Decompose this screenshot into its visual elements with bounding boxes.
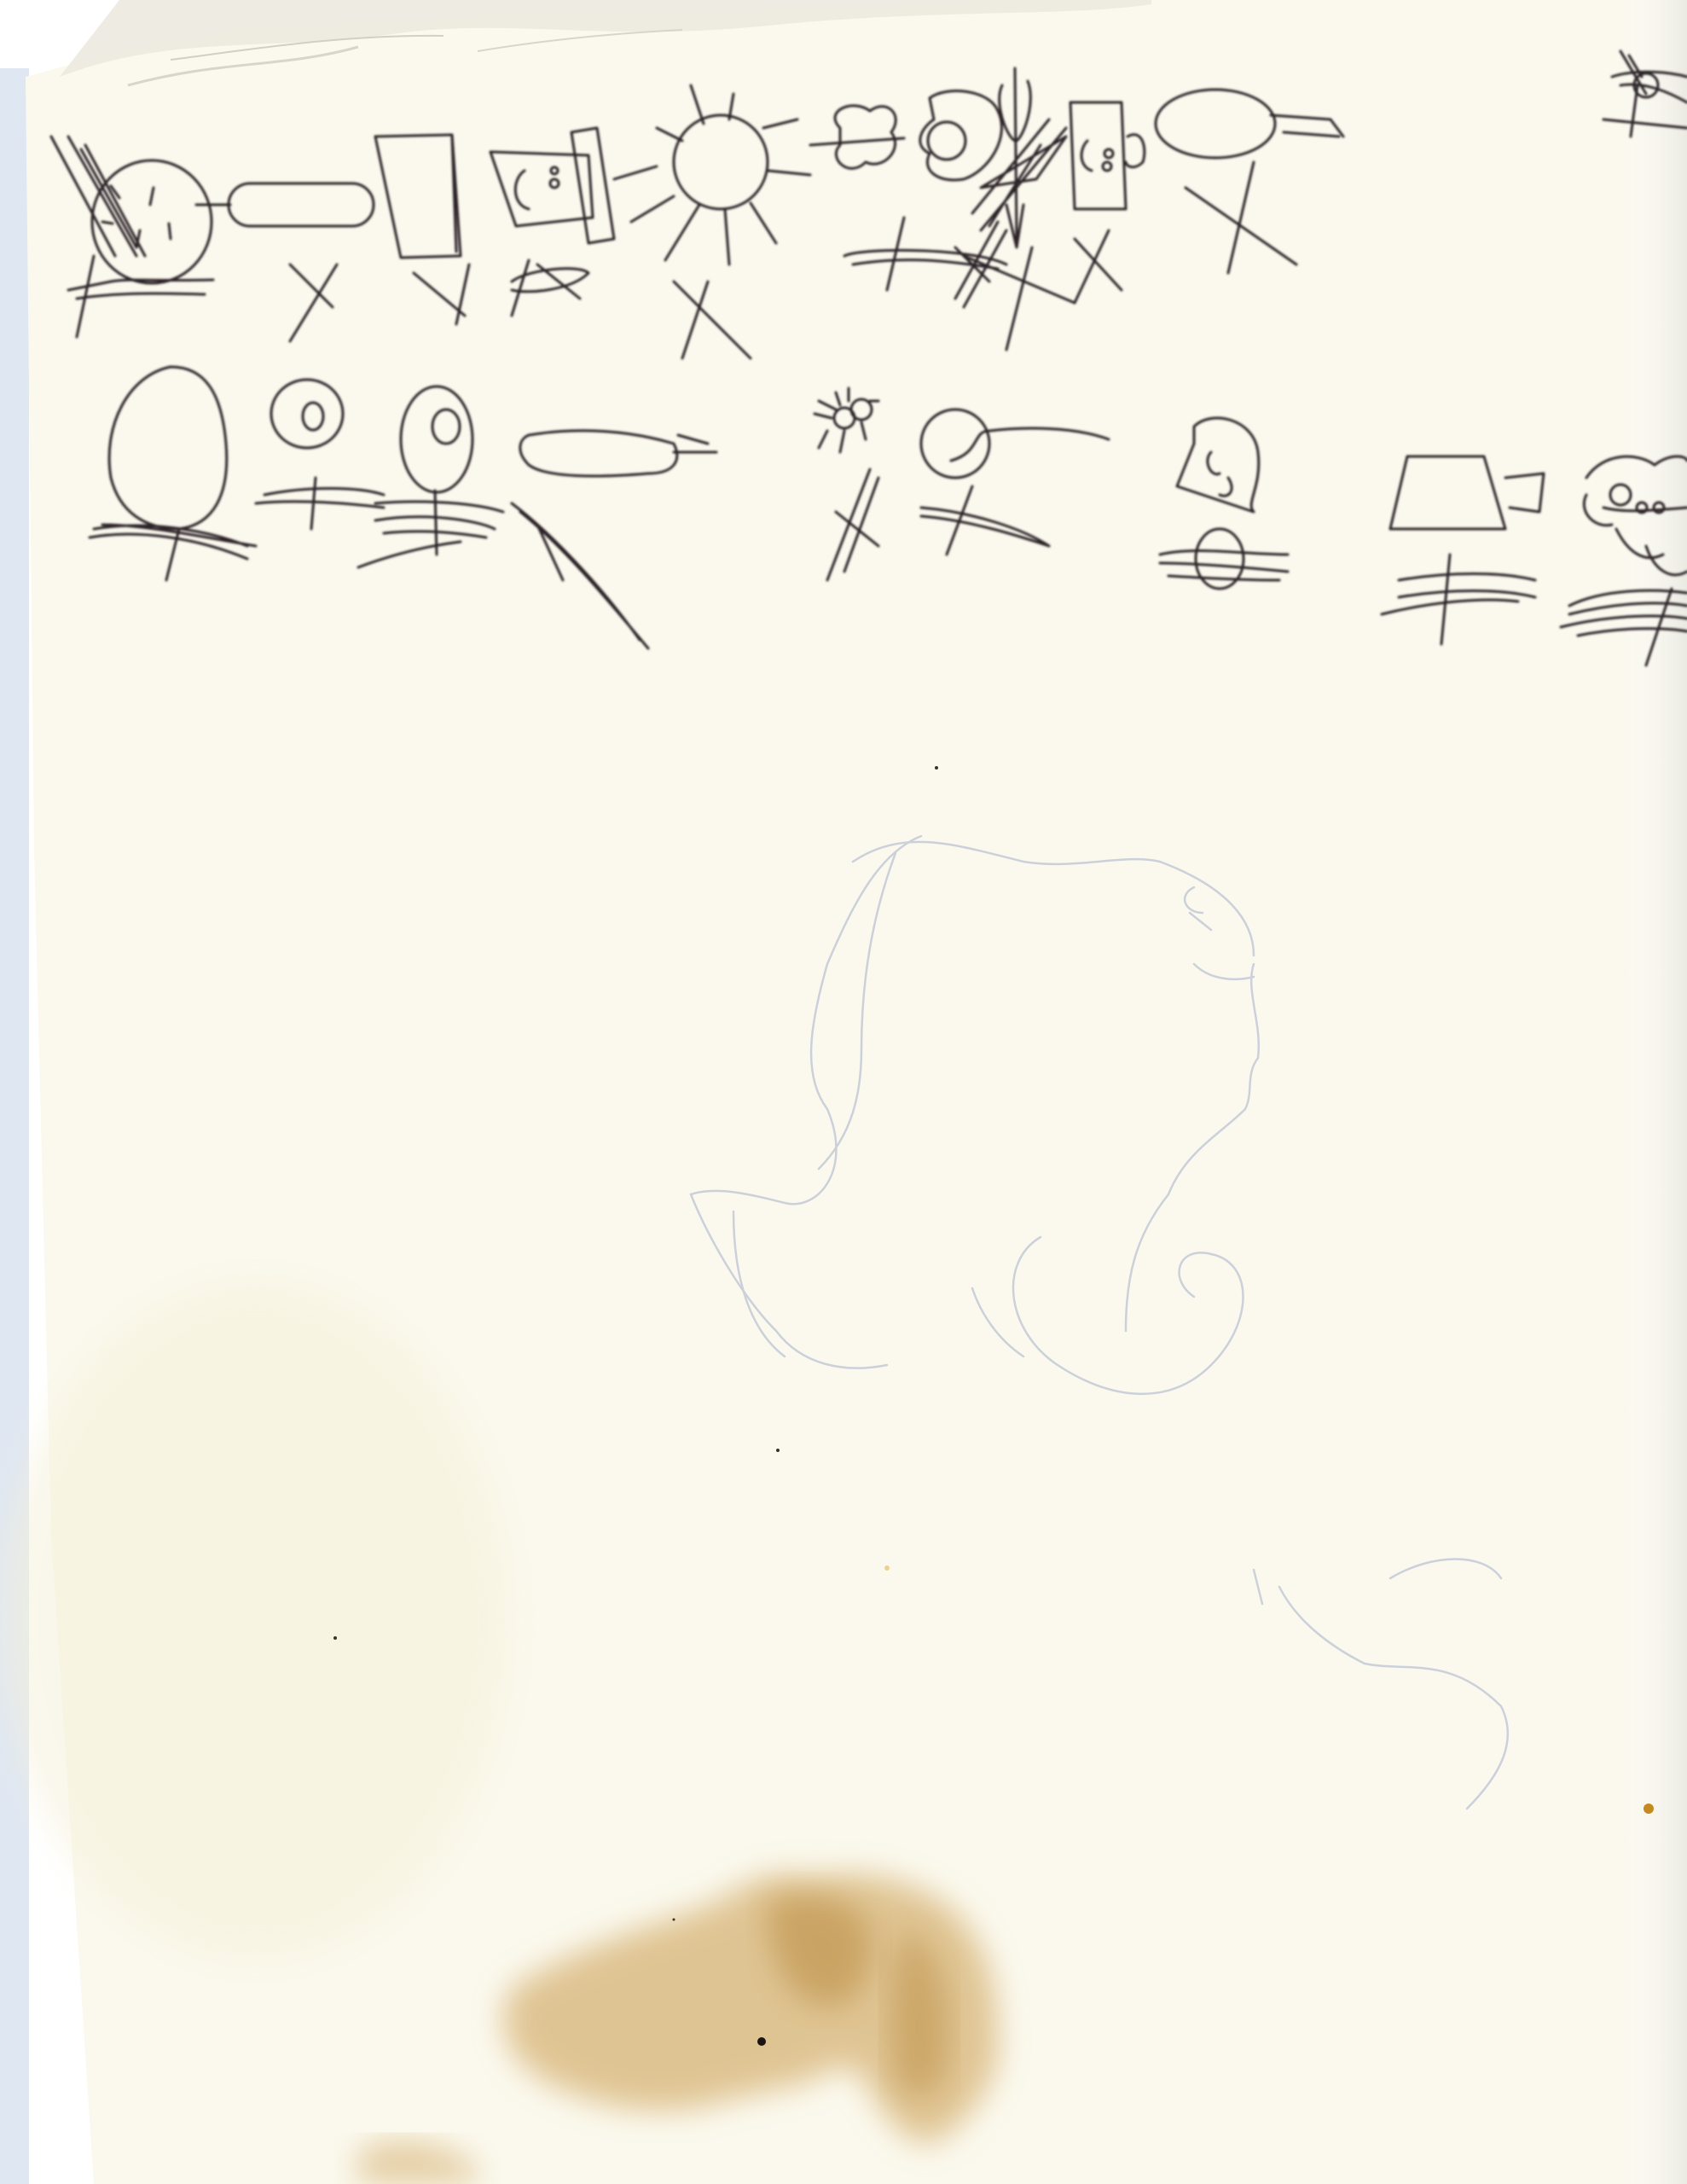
scan-bed-edge xyxy=(0,68,29,2184)
scanned-paper xyxy=(0,0,1687,2184)
